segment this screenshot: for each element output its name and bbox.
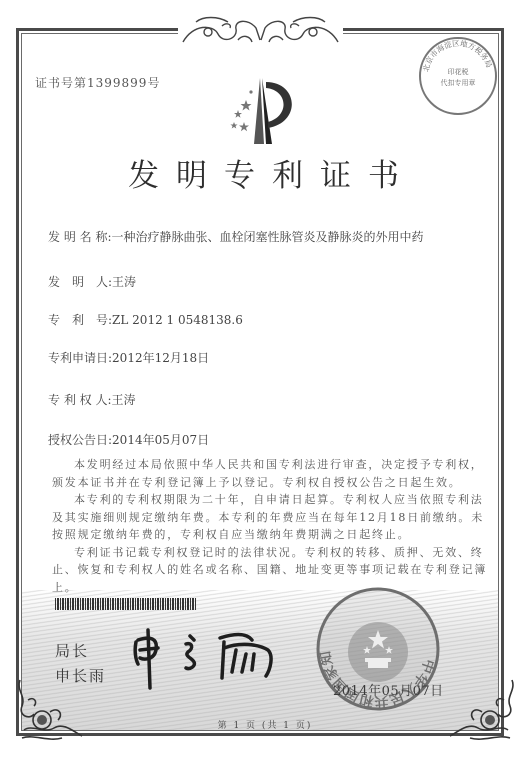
field-value: ZL 2012 1 0548138.6: [112, 313, 243, 327]
patent-office-logo-icon: [218, 72, 298, 152]
field-grant-date: 授权公告日:2014年05月07日: [48, 431, 209, 448]
barcode: [55, 598, 197, 610]
certificate-body: 本发明经过本局依照中华人民共和国专利法进行审查，决定授予专利权，颁发本证书并在专…: [52, 456, 492, 596]
field-label: 发 明 名 称:: [48, 228, 112, 245]
field-value: 2014年05月07日: [112, 433, 209, 447]
field-application-date: 专利申请日:2012年12月18日: [48, 349, 209, 366]
tax-stamp-center-line1: 印花税: [448, 67, 469, 76]
field-inventor: 发 明 人:王涛: [48, 273, 136, 290]
seal-date: 2014年05月07日: [333, 680, 444, 699]
field-value: 王涛: [112, 275, 136, 289]
field-patentee: 专 利 权 人:王涛: [48, 391, 136, 408]
director-name: 申长雨: [55, 665, 106, 686]
body-paragraph-2: 本专利的专利权期限为二十年，自申请日起算。专利权人应当依照专利法及其实施细则规定…: [52, 491, 492, 544]
field-label: 发 明 人:: [48, 273, 112, 290]
director-title: 局长: [55, 640, 89, 661]
field-label: 专利申请日:: [48, 349, 112, 366]
field-patent-number: 专 利 号:ZL 2012 1 0548138.6: [48, 311, 243, 328]
tax-stamp-center-line2: 代扣专用章: [441, 78, 476, 87]
field-invention-name: 发 明 名 称:一种治疗静脉曲张、血栓闭塞性脉管炎及静脉炎的外用中药: [48, 228, 424, 245]
tax-stamp: 北京市海淀区地方税务局 印花税 代扣专用章: [416, 34, 500, 118]
bottom-left-corner-ornament-icon: [14, 676, 84, 746]
top-ornament-icon: [178, 14, 343, 48]
field-value: 一种治疗静脉曲张、血栓闭塞性脉管炎及静脉炎的外用中药: [112, 230, 424, 244]
field-value: 2012年12月18日: [112, 351, 209, 365]
certificate-title: 发明专利证书: [0, 150, 530, 195]
certificate-number: 证书号第1399899号: [35, 74, 160, 91]
field-label: 专 利 权 人:: [48, 391, 112, 408]
field-label: 专 利 号:: [48, 311, 112, 328]
page-indicator: 第 1 页 (共 1 页): [0, 718, 530, 731]
body-paragraph-1: 本发明经过本局依照中华人民共和国专利法进行审查，决定授予专利权，颁发本证书并在专…: [52, 456, 492, 491]
director-signature: [128, 620, 278, 690]
field-value: 王涛: [112, 393, 136, 407]
field-label: 授权公告日:: [48, 431, 112, 448]
bottom-right-corner-ornament-icon: [448, 676, 518, 746]
